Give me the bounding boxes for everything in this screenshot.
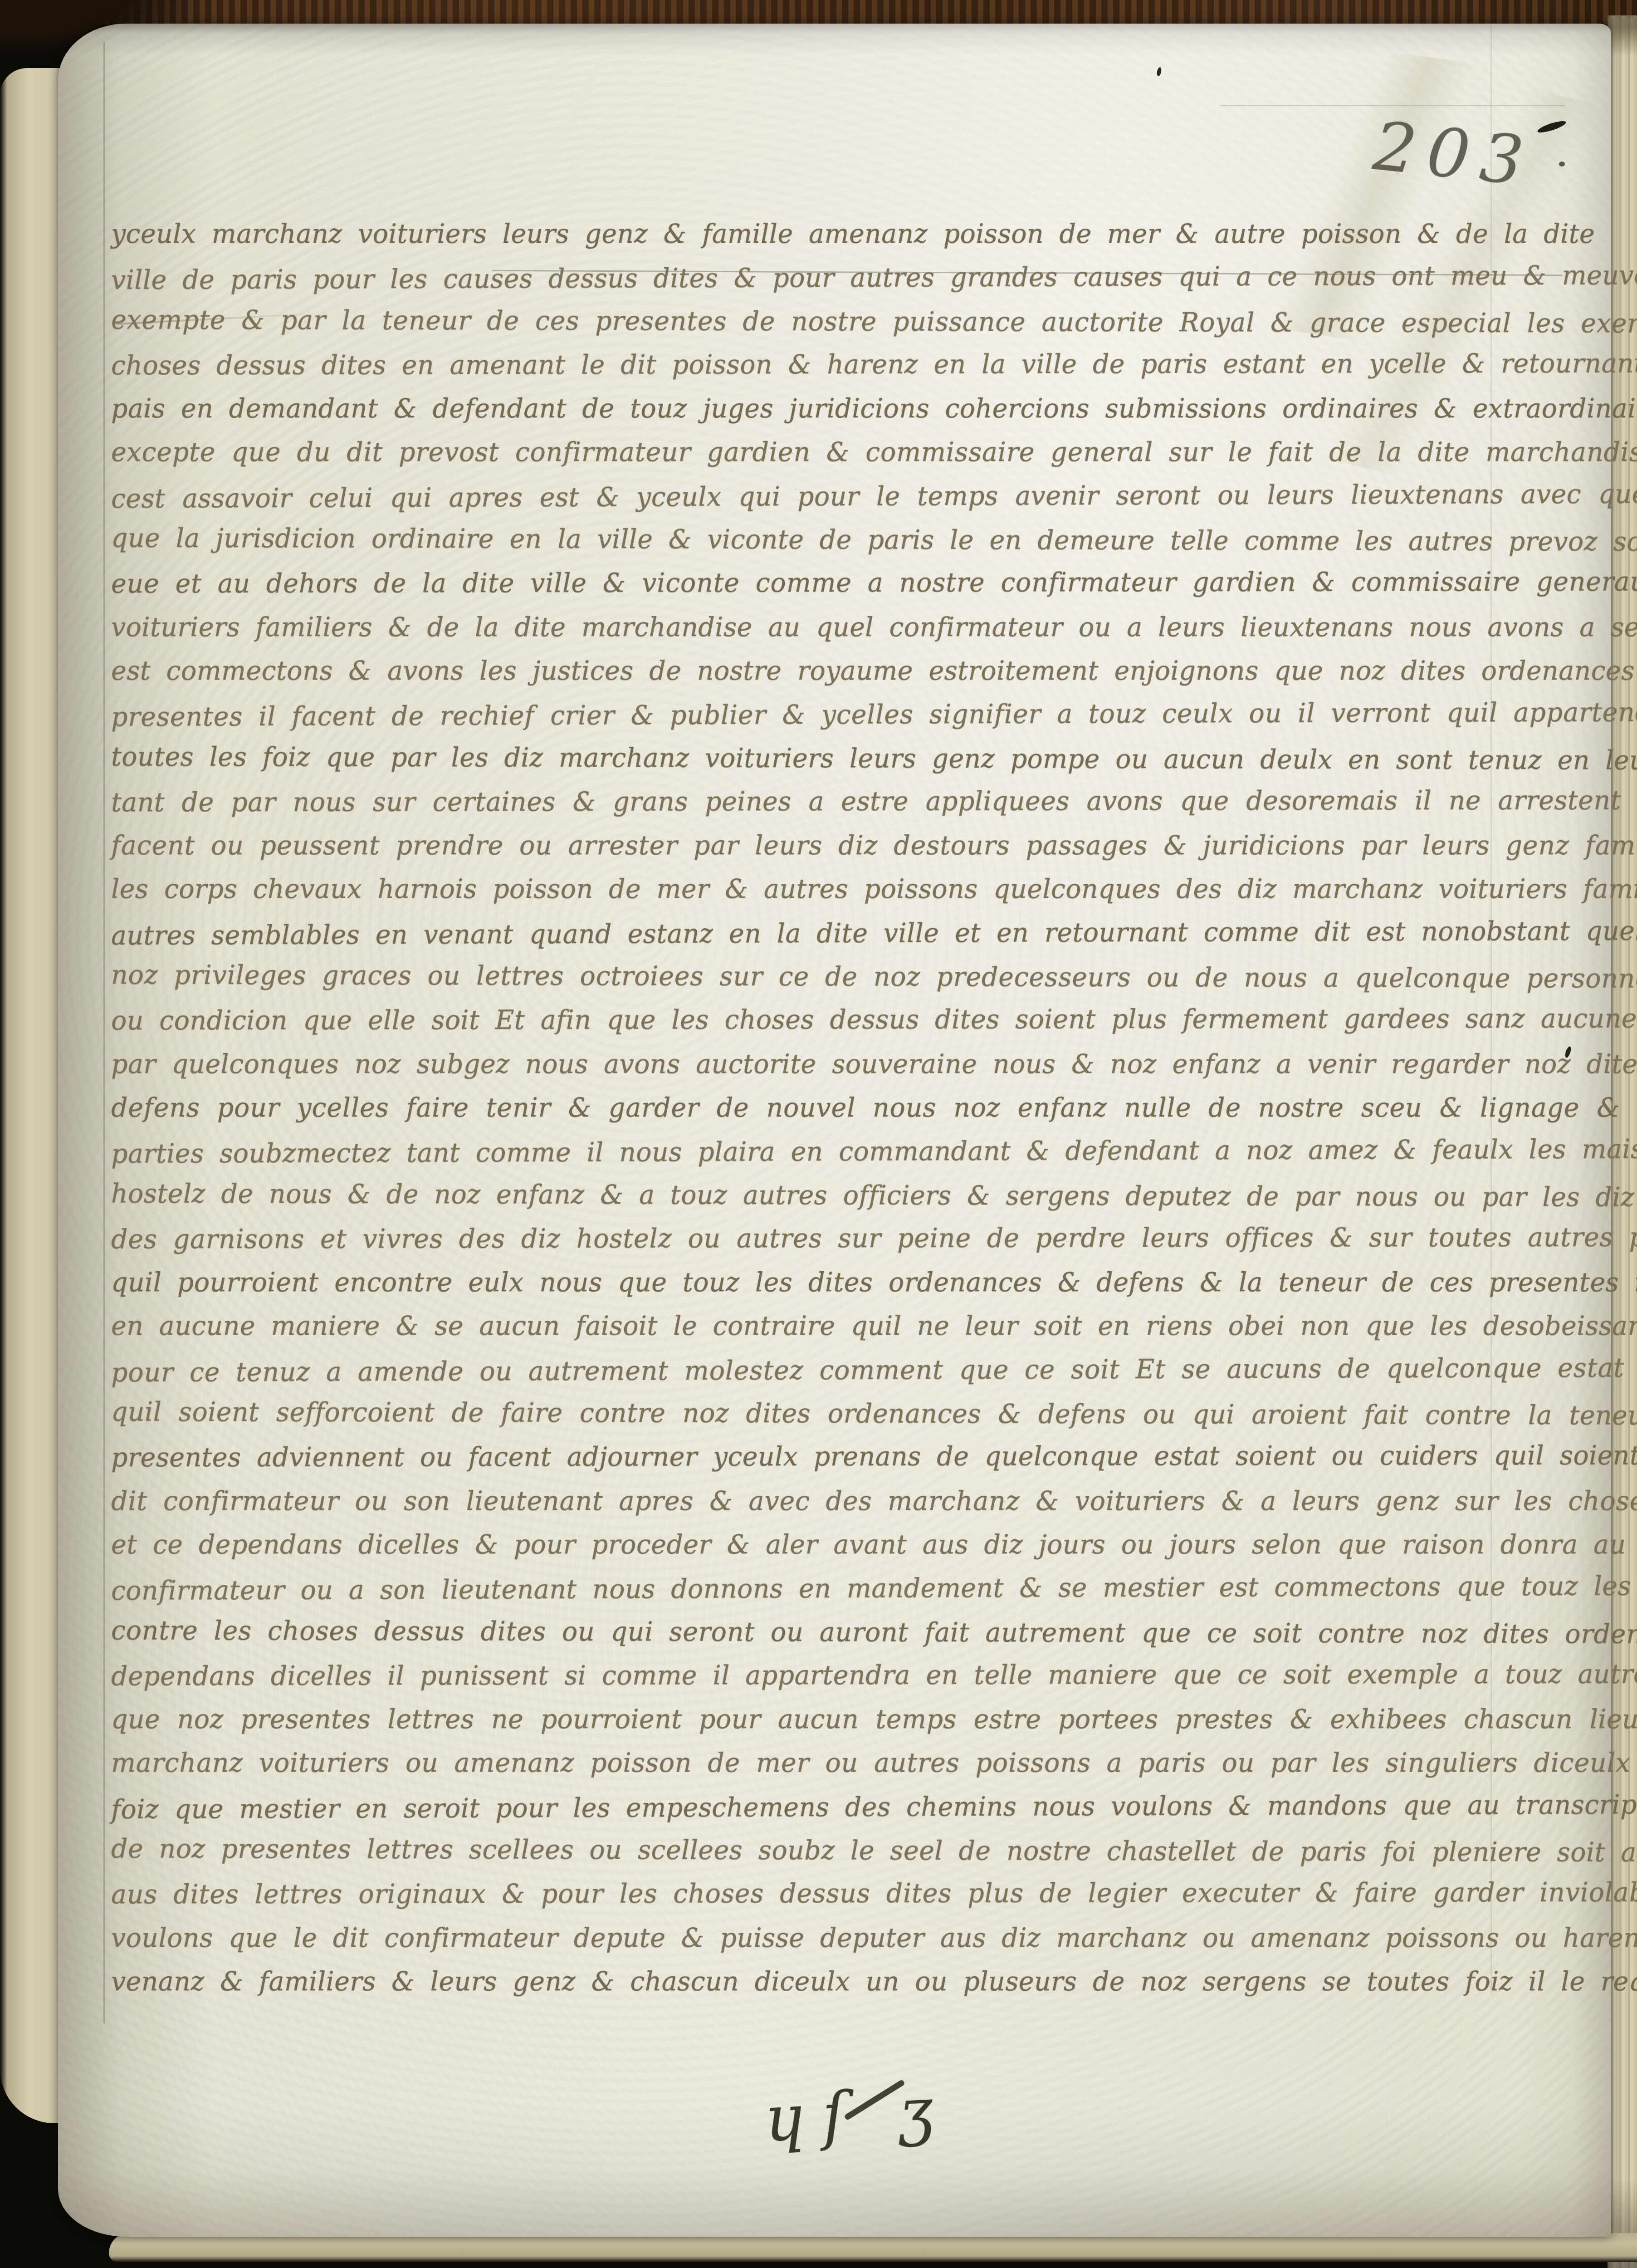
manuscript-text-line: foiz que mestier en seroit pour les empe… — [111, 1783, 1500, 1832]
manuscript-text-line: que noz presentes lettres ne pourroient … — [111, 1698, 1500, 1741]
manuscript-text-line: exempte & par la teneur de ces presentes… — [111, 298, 1500, 345]
manuscript-text-line: pour ce tenuz a amende ou autrement mole… — [111, 1347, 1500, 1395]
manuscript-text-line: voituriers familiers & de la dite marcha… — [111, 606, 1500, 649]
manuscript-text-line: eue et au dehors de la dite ville & vico… — [111, 560, 1500, 606]
ink-speck — [1559, 162, 1565, 167]
manuscript-text-line: les corps chevaux harnois poisson de mer… — [111, 867, 1500, 911]
manuscript-text-line: dependans dicelles il punissent si comme… — [111, 1653, 1500, 1699]
left-margin-ruling-line — [103, 42, 105, 2023]
folio-page-number: 203 — [1370, 107, 1522, 200]
manuscript-text-line: cest assavoir celui qui apres est & yceu… — [111, 473, 1500, 521]
manuscript-text-line: toutes les foiz que par les diz marchanz… — [111, 735, 1500, 782]
manuscript-text-line: ville de paris pour les causes dessus di… — [111, 254, 1500, 302]
manuscript-text-line: de noz presentes lettres scellees ou sce… — [111, 1827, 1500, 1874]
manuscript-text-line: facent ou peussent prendre ou arrester p… — [111, 824, 1500, 867]
manuscript-text-line: marchanz voituriers ou amenanz poisson d… — [111, 1741, 1500, 1785]
manuscript-text-line: excepte que du dit prevost confirmateur … — [111, 431, 1500, 474]
manuscript-text-block: yceulx marchanz voituriers leurs genz & … — [111, 212, 1500, 2003]
manuscript-text-line: pais en demandant & defendant de touz ju… — [111, 387, 1500, 431]
manuscript-text-line: confirmateur ou a son lieutenant nous do… — [111, 1565, 1500, 1613]
manuscript-text-line: ou condicion que elle soit Et afin que l… — [111, 997, 1500, 1043]
manuscript-text-line: presentes adviennent ou facent adjourner… — [111, 1434, 1500, 1480]
photographed-codex-scene: 203 yceulx marchanz voituriers leurs gen… — [0, 0, 1637, 2268]
manuscript-text-line: noz privileges graces ou lettres octroie… — [111, 953, 1500, 1000]
manuscript-text-line: dit confirmateur ou son lieutenant apres… — [111, 1479, 1500, 1523]
manuscript-text-line: parties soubzmectez tant comme il nous p… — [111, 1128, 1500, 1176]
manuscript-text-line: tant de par nous sur certaines & grans p… — [111, 779, 1500, 825]
manuscript-text-line: des garnisons et vivres des diz hostelz … — [111, 1216, 1500, 1262]
manuscript-text-line: venanz & familiers & leurs genz & chascu… — [111, 1960, 1500, 2003]
manuscript-text-line: en aucune maniere & se aucun faisoit le … — [111, 1304, 1500, 1348]
manuscript-text-line: presentes il facent de rechief crier & p… — [111, 691, 1500, 739]
manuscript-text-line: quil pourroient encontre eulx nous que t… — [111, 1261, 1500, 1304]
manuscript-text-line: aus dites lettres originaux & pour les c… — [111, 1871, 1500, 1917]
manuscript-text-line: choses dessus dites en amenant le dit po… — [111, 342, 1500, 388]
faint-top-ruling-line — [1220, 105, 1565, 106]
bottom-leaf-edges — [109, 2233, 1637, 2262]
manuscript-text-line: est commectons & avons les justices de n… — [111, 649, 1500, 693]
manuscript-text-line: voulons que le dit confirmateur depute &… — [111, 1916, 1500, 1960]
manuscript-text-line: yceulx marchanz voituriers leurs genz & … — [111, 212, 1500, 256]
manuscript-text-line: defens pour ycelles faire tenir & garder… — [111, 1086, 1500, 1130]
manuscript-text-line: hostelz de nous & de noz enfanz & a touz… — [111, 1172, 1500, 1219]
manuscript-text-line: et ce dependans dicelles & pour proceder… — [111, 1523, 1500, 1567]
manuscript-text-line: autres semblables en venant quand estanz… — [111, 910, 1500, 958]
quire-signature-mark: ɥſ ʒ — [764, 2073, 952, 2155]
manuscript-text-line: que la jurisdicion ordinaire en la ville… — [111, 516, 1500, 563]
manuscript-text-line: contre les choses dessus dites ou qui se… — [111, 1609, 1500, 1656]
manuscript-text-line: par quelconques noz subgez nous avons au… — [111, 1043, 1500, 1086]
leather-binding-edge — [64, 0, 1637, 24]
manuscript-text-line: quil soient sefforcoient de faire contre… — [111, 1390, 1500, 1437]
